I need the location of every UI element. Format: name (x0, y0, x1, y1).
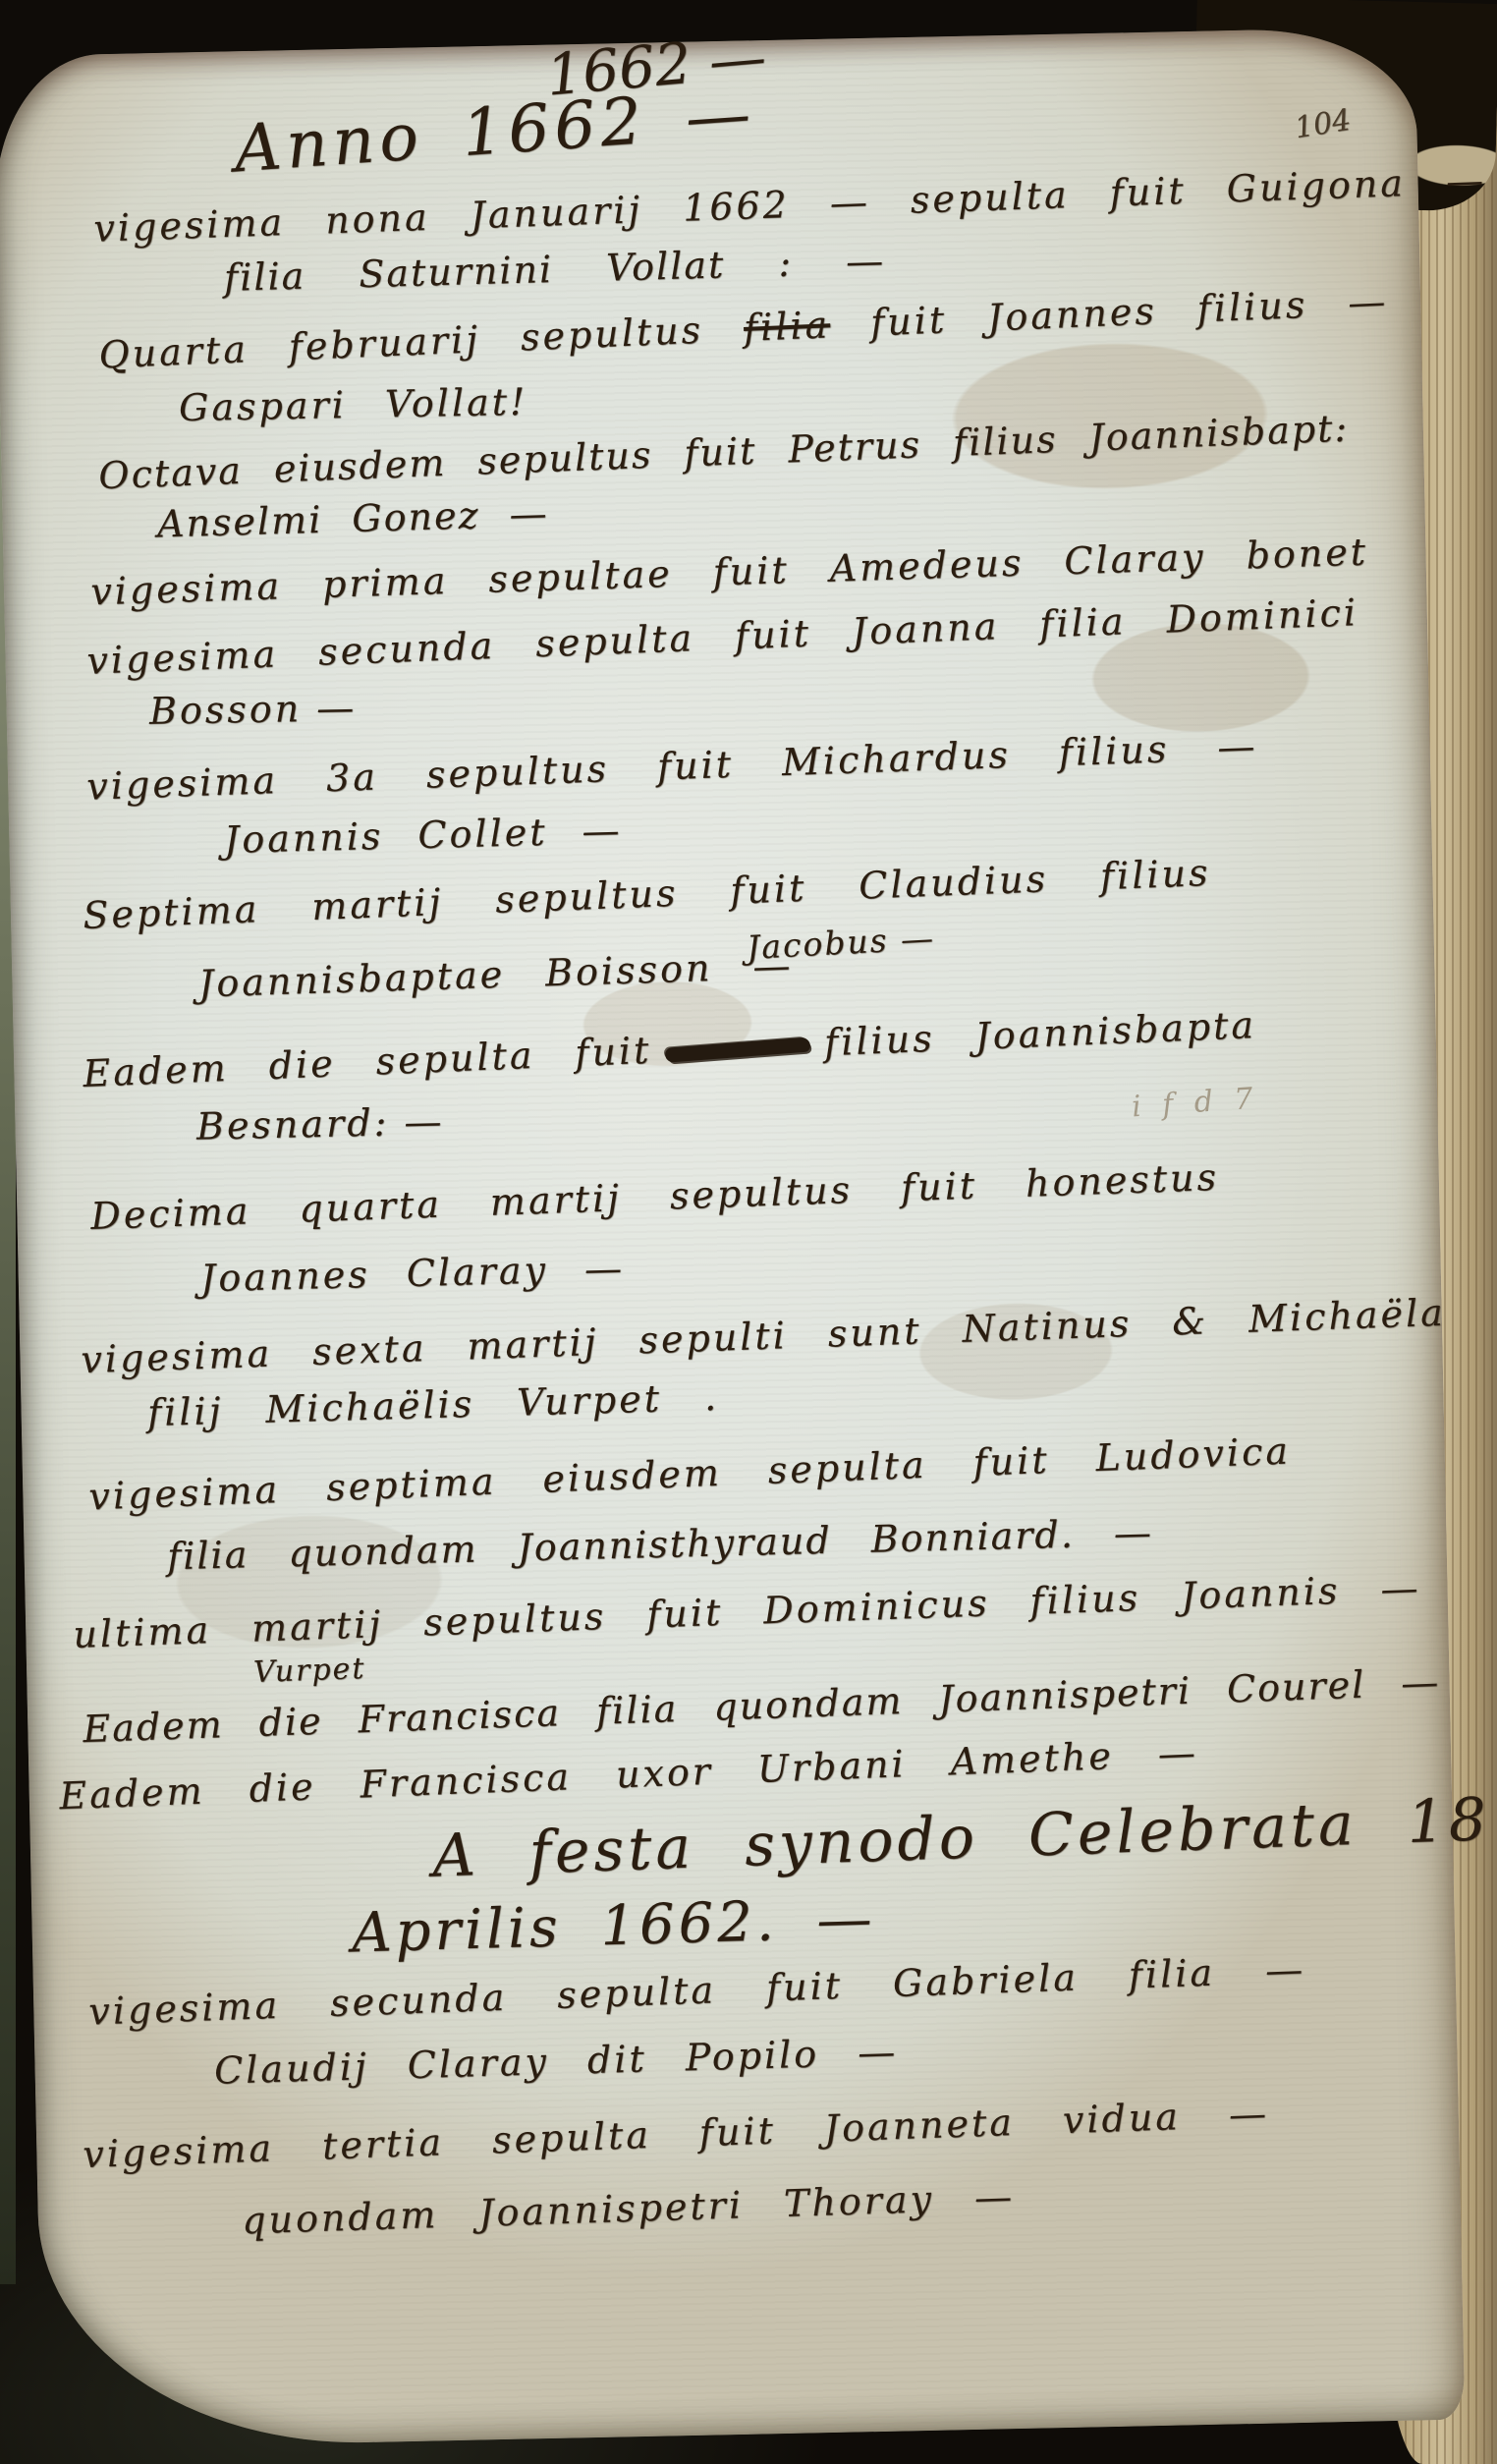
register-entry-line: Vurpet (252, 1652, 366, 1689)
struck-word: filia (743, 303, 831, 350)
register-entry-line: Gaspari Vollat! (179, 382, 528, 429)
register-entry-line: Besnard: — (196, 1101, 445, 1148)
section-heading-line2: Aprilis 1662. — (351, 1889, 876, 1964)
manuscript-photo: { "page": { "folio_number": "104", "year… (0, 0, 1497, 2464)
register-entry-line: Bosson — (149, 688, 358, 732)
ink-blot (665, 1036, 811, 1062)
